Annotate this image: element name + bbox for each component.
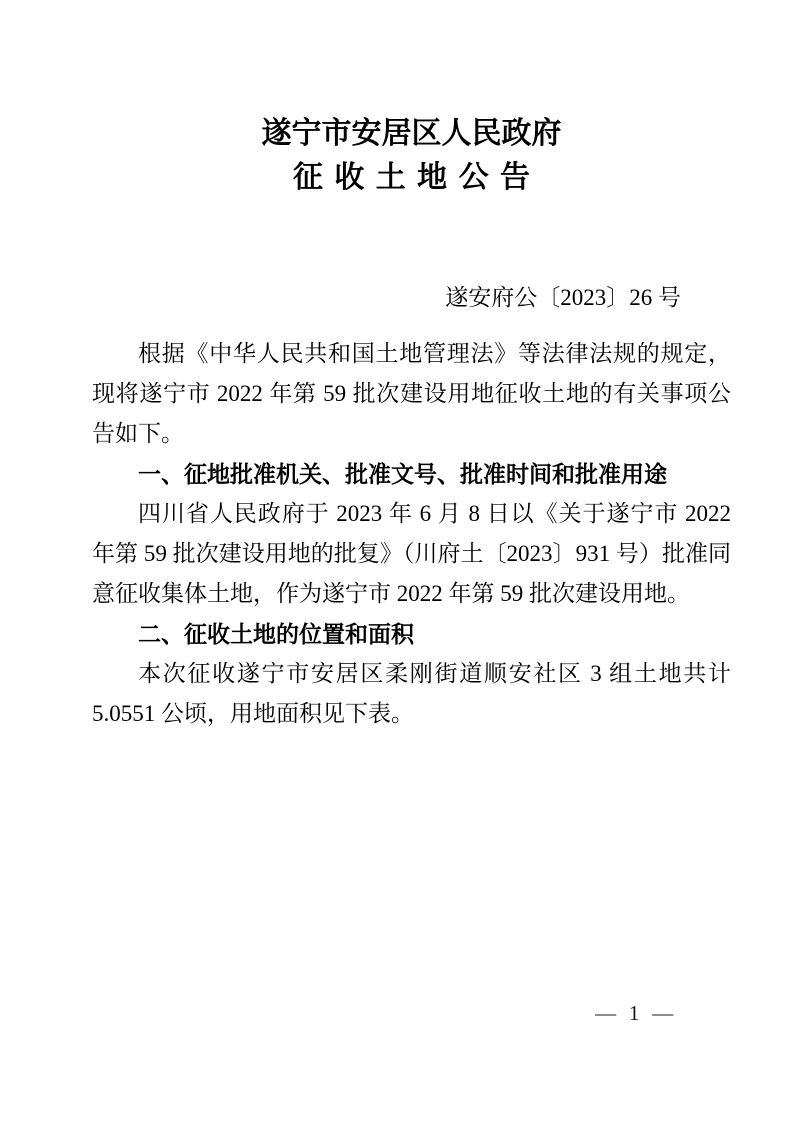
- document-page: 遂宁市安居区人民政府 征收土地公告 遂安府公〔2023〕26 号 根据《中华人民…: [0, 0, 793, 1122]
- document-title-line2: 征收土地公告: [92, 156, 731, 200]
- section-heading-2: 二、征收土地的位置和面积: [92, 614, 731, 654]
- section-heading-1: 一、征地批准机关、批准文号、批准时间和批准用途: [92, 454, 731, 494]
- page-number: — 1 —: [595, 993, 677, 1033]
- document-number: 遂安府公〔2023〕26 号: [92, 278, 681, 318]
- document-title-line1: 遂宁市安居区人民政府: [92, 112, 731, 156]
- paragraph-section2: 本次征收遂宁市安居区柔刚街道顺安社区 3 组土地共计 5.0551 公顷，用地面…: [92, 654, 731, 734]
- paragraph-intro: 根据《中华人民共和国土地管理法》等法律法规的规定，现将遂宁市 2022 年第 5…: [92, 334, 731, 454]
- paragraph-section1: 四川省人民政府于 2023 年 6 月 8 日以《关于遂宁市 2022 年第 5…: [92, 494, 731, 614]
